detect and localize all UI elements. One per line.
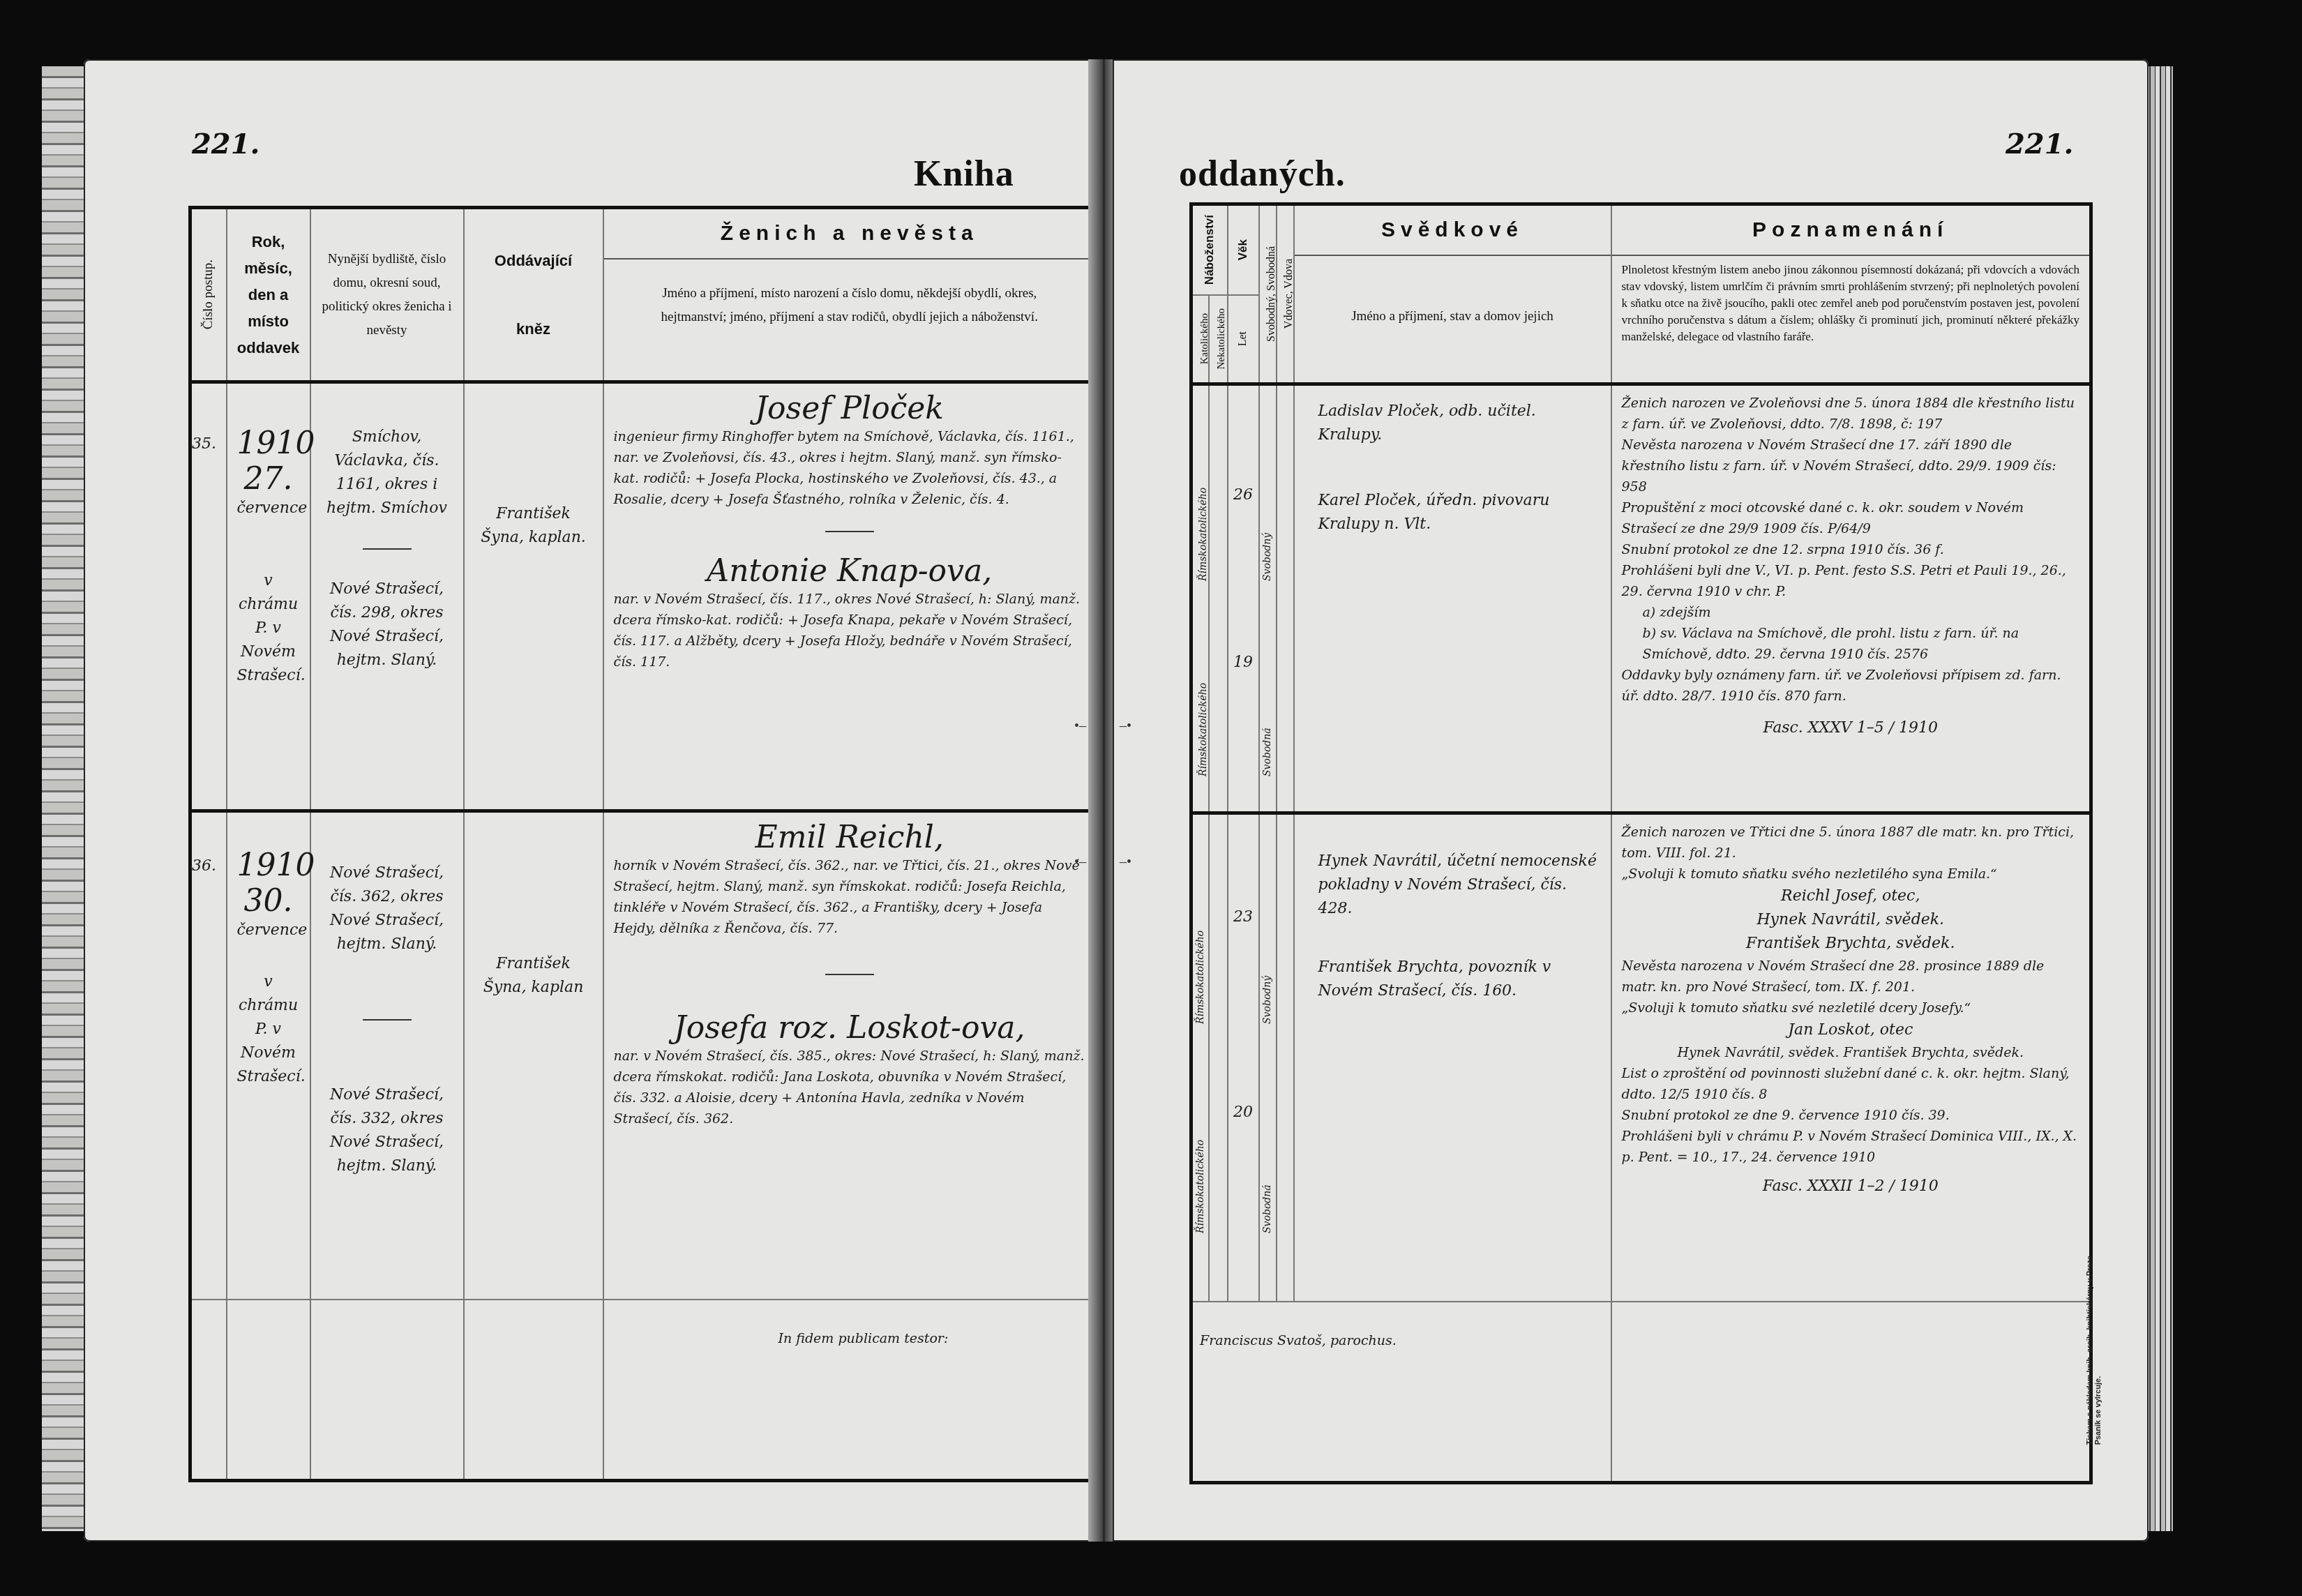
footer-attestation: In fidem publicam testor: bbox=[603, 1300, 1097, 1481]
table-row: Římskokatolického Římskokatolického 23 2… bbox=[1191, 813, 2091, 1302]
right-page: oddaných. 221. Náboženství Věk Svobodný,… bbox=[1113, 59, 2149, 1542]
register-table-right: Náboženství Věk Svobodný, Svobodná Vdove… bbox=[1189, 202, 2093, 1484]
fascicle: Fasc. XXXV 1–5 / 1910 bbox=[1622, 716, 2080, 740]
table-row: Římskokatolického Římskokatolického 26 1… bbox=[1191, 384, 2091, 813]
couple-title: Ženich a nevěsta bbox=[604, 209, 1096, 259]
fascicle: Fasc. XXXII 1–2 / 1910 bbox=[1622, 1175, 2080, 1198]
printer-imprint: Tiskem a nákladem knih. arcib. knihtiská… bbox=[2086, 1256, 2102, 1445]
age-cell: 23 20 bbox=[1228, 813, 1259, 1302]
entry-couple: Josef Ploček ingenieur firmy Ringhoffer … bbox=[603, 382, 1097, 811]
header-row: Náboženství Věk Svobodný, Svobodná Vdove… bbox=[1191, 204, 2091, 295]
entry-couple: Emil Reichl, horník v Novém Strašecí, čí… bbox=[603, 811, 1097, 1300]
entry-date-place: 1910 27. července v chrámu P. v Novém St… bbox=[227, 382, 310, 811]
col-header-religion: Náboženství bbox=[1191, 204, 1228, 295]
witness: Ladislav Ploček, odb. učitel. Kralupy. bbox=[1318, 400, 1601, 447]
binding-mark: •– bbox=[1074, 855, 1086, 871]
bride-name: Josefa roz. Loskot-ova, bbox=[614, 1010, 1086, 1046]
header-row: Číslo postup. Rok, měsíc, den a místo od… bbox=[190, 208, 1097, 382]
table-row-empty: Franciscus Svatoš, parochus. bbox=[1191, 1302, 2091, 1483]
status-cell: Svobodný Svobodná bbox=[1259, 813, 1277, 1302]
couple-description: Jméno a příjmení, místo narození a číslo… bbox=[604, 259, 1096, 352]
col-header-witnesses: Svědkové Jméno a příjmení, stav a domov … bbox=[1294, 204, 1611, 384]
witnesses-cell: Ladislav Ploček, odb. učitel. Kralupy. K… bbox=[1294, 384, 1611, 813]
binding-mark: •– bbox=[1074, 718, 1086, 735]
groom-details: ingenieur firmy Ringhoffer bytem na Smíc… bbox=[614, 426, 1086, 510]
bride-residence: Nové Strašecí, čís. 332, okres Nové Stra… bbox=[321, 1083, 453, 1178]
witness: Hynek Navrátil, účetní nemocenské poklad… bbox=[1318, 850, 1601, 921]
col-header-notes: Poznamenání Plnoletost křestným listem a… bbox=[1611, 204, 2091, 384]
col-header-status-widowed: Vdovec, Vdova bbox=[1277, 204, 1294, 384]
col-header-catholic: Katolického bbox=[1191, 295, 1209, 384]
col-header-noncatholic: Nekatolického bbox=[1209, 295, 1228, 384]
col-header-entry-number: Číslo postup. bbox=[190, 208, 227, 382]
entry-date-place: 1910 30. července v chrámu P. v Novém St… bbox=[227, 811, 310, 1300]
table-row-empty: In fidem publicam testor: bbox=[190, 1300, 1097, 1481]
page-number-right: 221. bbox=[2006, 128, 2073, 160]
age-cell: 26 19 bbox=[1228, 384, 1259, 813]
left-page: 221. Kniha Číslo postup. Rok, měsíc, den… bbox=[84, 59, 1095, 1542]
witness: Karel Ploček, úředn. pivovaru Kralupy n.… bbox=[1318, 489, 1601, 536]
col-header-age: Věk bbox=[1228, 204, 1259, 295]
witness: František Brychta, povozník v Novém Stra… bbox=[1318, 956, 1601, 1003]
col-header-residence: Nynější bydliště, číslo domu, okresní so… bbox=[310, 208, 464, 382]
col-header-date-place: Rok, měsíc, den a místo oddavek bbox=[227, 208, 310, 382]
binding-mark: –• bbox=[1120, 855, 1131, 871]
register-table-left: Číslo postup. Rok, měsíc, den a místo od… bbox=[188, 206, 1099, 1482]
groom-details: horník v Novém Strašecí, čís. 362., nar.… bbox=[614, 855, 1086, 939]
status-cell: Svobodný Svobodná bbox=[1259, 384, 1277, 813]
bride-name: Antonie Knap-ova, bbox=[614, 553, 1086, 589]
religion-cell: Římskokatolického Římskokatolického bbox=[1191, 813, 1209, 1302]
page-title-right: oddaných. bbox=[1179, 153, 1346, 195]
entry-number: 36. bbox=[190, 811, 227, 1300]
parish-priest-signature: Franciscus Svatoš, parochus. bbox=[1191, 1302, 1611, 1483]
entry-residence: Smíchov, Václavka, čís. 1161, okres i he… bbox=[310, 382, 464, 811]
bride-residence: Nové Strašecí, čís. 298, okres Nové Stra… bbox=[321, 578, 453, 672]
groom-name: Emil Reichl, bbox=[614, 820, 1086, 855]
binding-mark: –• bbox=[1120, 718, 1131, 735]
table-row: 36. 1910 30. července v chrámu P. v Nové… bbox=[190, 811, 1097, 1300]
groom-name: Josef Ploček bbox=[614, 391, 1086, 426]
page-number-left: 221. bbox=[192, 128, 259, 160]
col-header-status-single: Svobodný, Svobodná bbox=[1259, 204, 1277, 384]
entry-residence: Nové Strašecí, čís. 362, okres Nové Stra… bbox=[310, 811, 464, 1300]
col-header-priest: Oddávajícíkněz bbox=[464, 208, 603, 382]
entry-number: 35. bbox=[190, 382, 227, 811]
page-title-left: Kniha bbox=[914, 153, 1014, 195]
notes-cell: Ženich narozen ve Zvoleňovsi dne 5. únor… bbox=[1611, 384, 2091, 813]
entry-priest: František Šyna, kaplan bbox=[464, 811, 603, 1300]
table-row: 35. 1910 27. července v chrámu P. v Nové… bbox=[190, 382, 1097, 811]
groom-residence: Nové Strašecí, čís. 362, okres Nové Stra… bbox=[321, 861, 453, 956]
religion-cell: Římskokatolického Římskokatolického bbox=[1191, 384, 1209, 813]
groom-residence: Smíchov, Václavka, čís. 1161, okres i he… bbox=[321, 426, 453, 520]
notes-cell: Ženich narozen ve Třtici dne 5. února 18… bbox=[1611, 813, 2091, 1302]
entry-priest: František Šyna, kaplan. bbox=[464, 382, 603, 811]
col-header-couple: Ženich a nevěsta Jméno a příjmení, místo… bbox=[603, 208, 1097, 382]
bride-details: nar. v Novém Strašecí, čís. 385., okres:… bbox=[614, 1046, 1086, 1129]
bride-details: nar. v Novém Strašecí, čís. 117., okres … bbox=[614, 589, 1086, 672]
witnesses-cell: Hynek Navrátil, účetní nemocenské poklad… bbox=[1294, 813, 1611, 1302]
